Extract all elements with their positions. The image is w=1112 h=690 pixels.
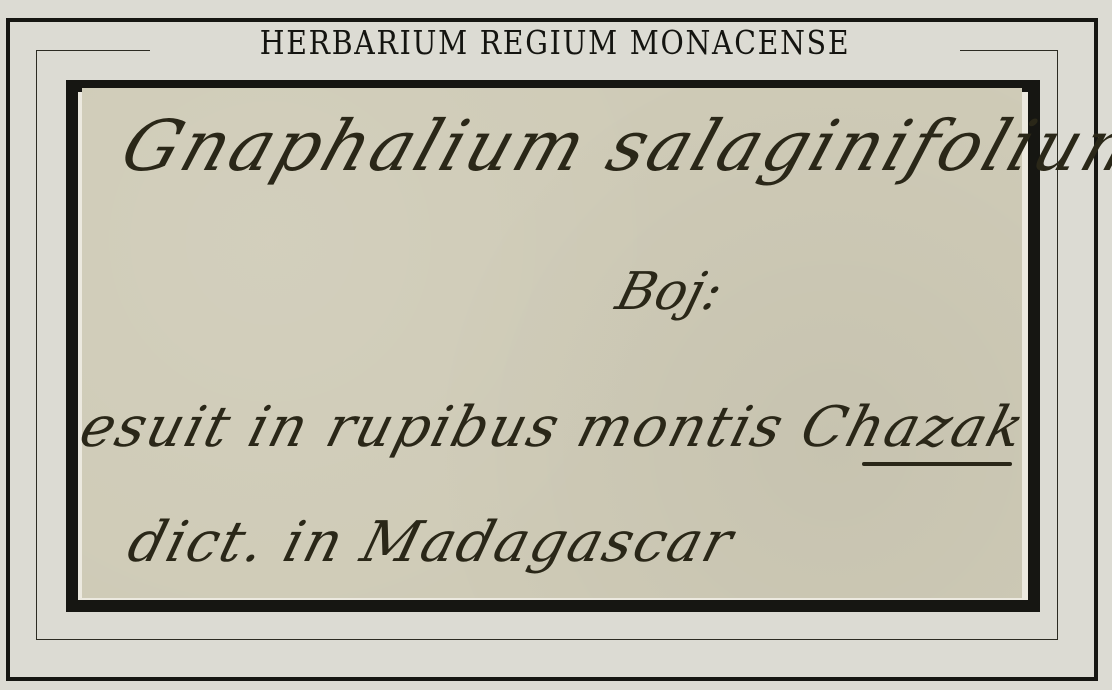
species-name: Gnaphalium salaginifolium — [112, 105, 1112, 187]
locality-line-2: dict. in Madagascar — [121, 510, 741, 575]
collector-name: Boj: — [610, 262, 729, 322]
herbarium-sheet: HERBARIUM REGIUM MONACENSE Gnaphalium sa… — [0, 0, 1112, 690]
locality-underline — [862, 462, 1012, 466]
header-title: HERBARIUM REGIUM MONACENSE — [207, 22, 904, 64]
locality-line-1: esuit in rupibus montis Chazak — [73, 395, 1032, 460]
